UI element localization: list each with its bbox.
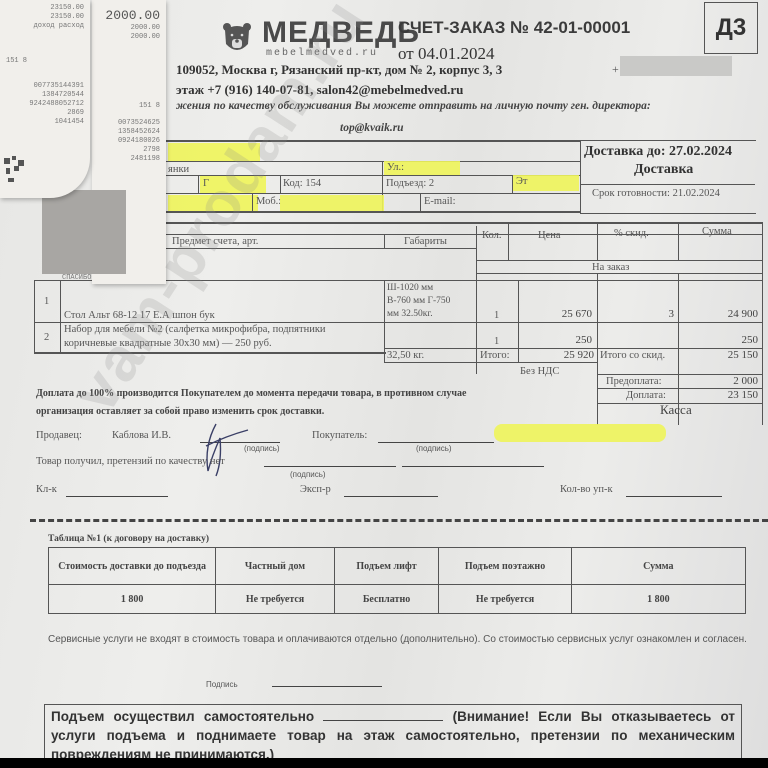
packages-line [626, 484, 722, 497]
row2-no: 2 [44, 332, 49, 343]
house-highlight [200, 176, 266, 193]
entrance-label: Подъезд: 2 [386, 178, 434, 189]
packages-label: Кол-во уп-к [560, 484, 613, 495]
invoice-paper: МЕДВЕДЬ mebelmedved.ru СЧЕТ-ЗАКАЗ № 42-0… [0, 0, 768, 768]
complaint-notice: жения по качеству обслуживания Вы можете… [176, 100, 651, 112]
warning-signature-line [323, 708, 443, 721]
total-discount-value: 25 150 [680, 349, 758, 361]
receipt-2: 2000.00 2000.00 2000.00 151 8 0073524625… [92, 0, 166, 284]
total-discount-label: Итого со скид. [600, 350, 665, 361]
complaint-email: top@kvaik.ru [340, 122, 404, 134]
receipt-line: 23150.00 [6, 4, 84, 13]
service-note: Сервисные услуги не входят в стоимость т… [48, 632, 748, 648]
exp-label: Эксп-р [300, 484, 331, 495]
receipt-line: 151 8 [6, 57, 84, 66]
bear-logo-icon [222, 22, 252, 54]
bottom-black-bar [0, 758, 768, 768]
email-label: E-mail: [424, 196, 456, 207]
delivery-header-stairs: Подъем поэтажно [439, 548, 571, 585]
row1-price: 25 670 [520, 308, 592, 320]
delivery-deadline: Доставка до: 27.02.2024 [584, 144, 732, 160]
row1-no: 1 [44, 296, 49, 307]
cut-line [30, 519, 768, 522]
delivery-table: Стоимость доставки до подъезда Частный д… [48, 547, 746, 614]
delivery-header-sum: Сумма [571, 548, 745, 585]
corner-code: Д3 [704, 2, 758, 54]
col-header-dims: Габариты [404, 236, 447, 247]
prepay-label: Предоплата: [606, 376, 662, 387]
seller-label: Продавец: [36, 430, 82, 441]
street-label: Ул.: [387, 162, 404, 173]
received-name-line [402, 456, 544, 467]
terms-line-2: организация оставляет за собой право изм… [36, 406, 324, 417]
delivery-value-house: Не требуется [216, 585, 334, 614]
row2-sum: 250 [680, 334, 758, 346]
row1-discount: 3 [600, 308, 674, 320]
customer-field-partial: янки [168, 164, 189, 175]
row2-name-line1: Набор для мебели №2 (салфетка микрофибра… [64, 324, 326, 335]
kl-label: Кл-к [36, 484, 57, 495]
redacted-name [168, 143, 260, 161]
cash-label: Касса [660, 402, 692, 418]
prepay-value: 2 000 [680, 375, 758, 387]
vat-note: Без НДС [520, 366, 559, 377]
surcharge-value: 23 150 [680, 389, 758, 401]
document-title: СЧЕТ-ЗАКАЗ № 42-01-00001 [398, 18, 630, 38]
ready-date: Срок готовности: 21.02.2024 [592, 188, 720, 199]
redacted-qr [42, 190, 126, 274]
phone-prefix: + [612, 62, 619, 77]
seller-name: Каблова И.В. [112, 430, 171, 441]
receipt-line: 2000.00 [98, 33, 160, 42]
row2-name-line2: коричневые квадратные 30х30 мм) — 250 ру… [64, 338, 272, 349]
kl-line [66, 484, 168, 497]
buyer-label: Покупатель: [312, 430, 367, 441]
house-label: Г [203, 178, 209, 189]
delivery-table-title: Таблица №1 (к договору на доставку) [48, 534, 209, 544]
redacted-field [168, 195, 258, 211]
receipt-line: доход расход [6, 22, 84, 31]
floor-label: Эт [516, 176, 528, 187]
redacted-mobile [280, 195, 384, 211]
warning-text-before: Подъем осуществил самостоятельно [51, 709, 314, 724]
qr-code-icon [2, 154, 32, 194]
seller-signature-caption: (подпись) [244, 444, 280, 453]
delivery-type: Доставка [634, 162, 693, 178]
self-lift-warning: Подъем осуществил самостоятельно (Вниман… [44, 704, 742, 764]
code-label: Код: 154 [283, 178, 321, 189]
surcharge-label: Доплата: [626, 390, 666, 401]
receipt-footer: СПАСИБО [62, 274, 91, 283]
brand-site: mebelmedved.ru [266, 48, 378, 59]
receipt-line: 2000.00 [98, 24, 160, 33]
col-header-qty: Кол. [482, 230, 501, 241]
row2-qty: 1 [494, 336, 499, 347]
buyer-signature-caption: (подпись) [416, 444, 452, 453]
delivery-value-stairs: Не требуется [439, 585, 571, 614]
address-line-2: этаж +7 (916) 140-07-81, salon42@mebelme… [176, 82, 463, 98]
service-sign-line [272, 676, 382, 689]
row1-qty: 1 [494, 310, 499, 321]
row2-price: 250 [520, 334, 592, 346]
mobile-label: Моб.: [256, 196, 281, 207]
delivery-value-sum: 1 800 [571, 585, 745, 614]
receipt-1: 23150.00 23150.00 доход расход 151 8 007… [0, 0, 90, 198]
receipt-line: 23150.00 [6, 13, 84, 22]
address-line-1: 109052, Москва г, Рязанский пр-кт, дом №… [176, 62, 502, 78]
row1-name: Стол Альт 68-12 17 Е.А шпон бук [64, 310, 215, 321]
service-sign-label: Подпись [206, 680, 238, 689]
received-signature-line [264, 456, 396, 467]
delivery-header-cost: Стоимость доставки до подъезда [49, 548, 216, 585]
row1-sum: 24 900 [680, 308, 758, 320]
total-label: Итого: [480, 350, 510, 361]
col-header-price: Цена [538, 230, 561, 241]
col-header-sum: Сумма [702, 226, 732, 237]
buyer-signature-line [378, 432, 494, 443]
exp-line [344, 484, 438, 497]
brand-name: МЕДВЕДЬ [262, 16, 420, 50]
weight-total: 32,50 кг. [387, 350, 424, 361]
order-note: На заказ [592, 262, 629, 273]
received-signature-caption: (подпись) [290, 470, 326, 479]
terms-line-1: Доплата до 100% производится Покупателем… [36, 388, 466, 399]
redacted-phone [620, 56, 732, 76]
col-header-item: Предмет счета, арт. [172, 236, 258, 247]
row1-dims: Ш-1020 мм В-760 мм Г-750 мм 32.50кг. [387, 282, 450, 321]
receipt-amount: 2000.00 [98, 8, 160, 24]
delivery-header-lift: Подъем лифт [334, 548, 439, 585]
col-header-discount: % скид. [614, 228, 649, 239]
delivery-value-lift: Бесплатно [334, 585, 439, 614]
receipt-line: 151 8 [98, 102, 160, 111]
received-label: Товар получил, претензий по качеству нет [36, 456, 225, 467]
delivery-header-house: Частный дом [216, 548, 334, 585]
redacted-buyer-name [494, 424, 666, 442]
total-value: 25 920 [520, 349, 594, 361]
delivery-value-cost: 1 800 [49, 585, 216, 614]
document-date: от 04.01.2024 [398, 44, 494, 64]
